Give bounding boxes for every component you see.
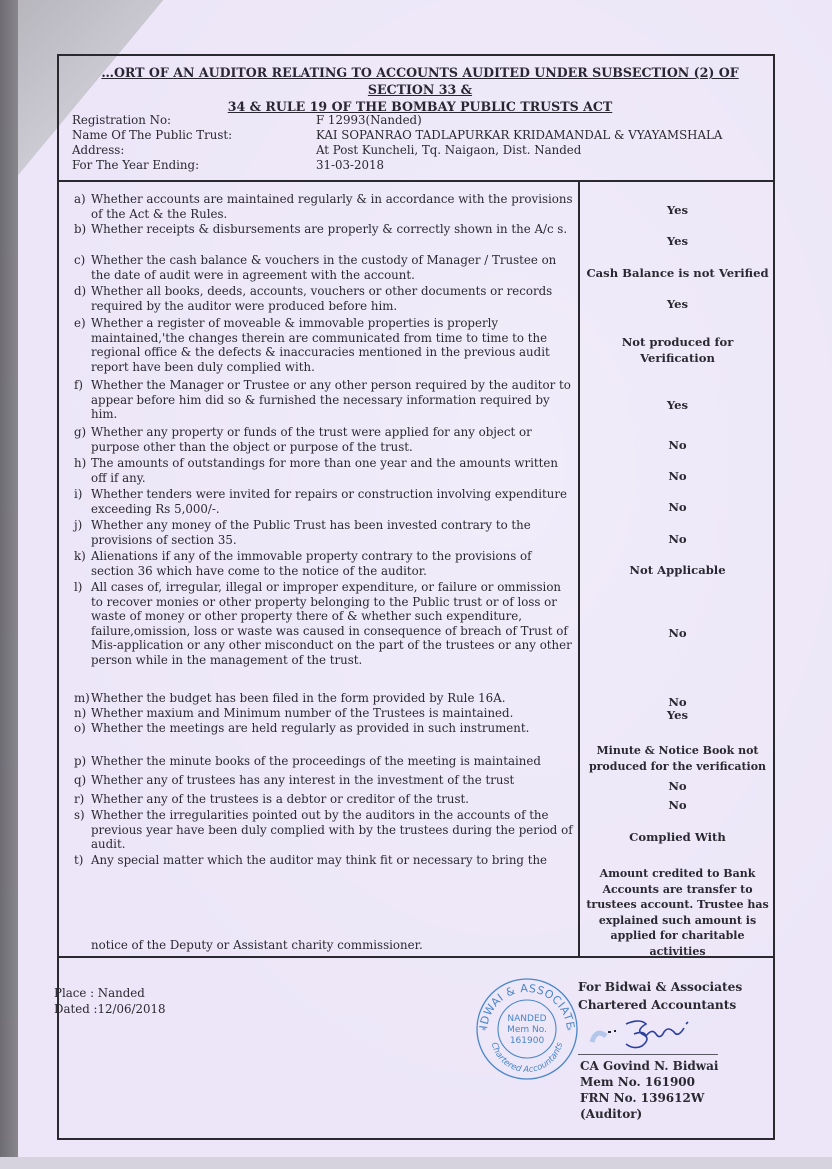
question-text: The amounts of outstandings for more tha… [91,456,574,485]
question-s: s)Whether the irregularities pointed out… [74,808,574,852]
signature-line [578,1054,718,1055]
question-text: Whether the irregularities pointed out b… [91,808,574,852]
question-d: d)Whether all books, deeds, accounts, vo… [74,284,574,313]
answer-e: Not produced for Verification [580,335,775,366]
question-label: f) [74,378,91,422]
question-i: i)Whether tenders were invited for repai… [74,487,574,516]
question-o: o)Whether the meetings are held regularl… [74,721,574,736]
question-r: r)Whether any of the trustees is a debto… [74,792,574,807]
question-label: n) [74,706,91,721]
question-text: Whether all books, deeds, accounts, vouc… [91,284,574,313]
question-label: k) [74,549,91,578]
question-c: c)Whether the cash balance & vouchers in… [74,253,574,282]
trust-details: Registration No: F 12993(Nanded) Name Of… [72,113,722,173]
svg-text:NANDED: NANDED [507,1014,546,1024]
answer-k: Not Applicable [580,563,775,579]
answer-j: No [580,532,775,548]
question-b: b)Whether receipts & disbursements are p… [74,222,574,237]
svg-text:161900: 161900 [510,1036,545,1046]
meta-label: Name Of The Public Trust: [72,128,316,143]
answer-s: Complied With [580,830,775,846]
meta-value: KAI SOPANRAO TADLAPURKAR KRIDAMANDAL & V… [316,128,722,143]
question-label: d) [74,284,91,313]
svg-text:Mem No.: Mem No. [507,1025,547,1035]
question-text: Whether tenders were invited for repairs… [91,487,574,516]
question-k: k)Alienations if any of the immovable pr… [74,549,574,578]
question-label: r) [74,792,91,807]
meta-label: Registration No: [72,113,316,128]
question-label: t) [74,853,91,868]
question-text: Whether the Manager or Trustee or any ot… [91,378,574,422]
place-text: Place : Nanded [54,986,165,1002]
question-label: l) [74,580,91,668]
question-label: b) [74,222,91,237]
question-text: Whether the meetings are held regularly … [91,721,574,736]
question-label: j) [74,518,91,547]
question-n: n)Whether maxium and Minimum number of t… [74,706,574,721]
question-text: Whether a register of moveable & immovab… [91,316,574,374]
answer-i: No [580,500,775,516]
question-text: Any special matter which the auditor may… [91,853,574,868]
question-text: Whether receipts & disbursements are pro… [91,222,574,237]
meta-label: Address: [72,143,316,158]
answer-g: No [580,438,775,454]
meta-row-registration: Registration No: F 12993(Nanded) [72,113,722,128]
question-label: m) [74,691,91,706]
firm-seal-stamp: BIDWAI & ASSOCIATES Chartered Accountant… [474,976,580,1082]
question-text: All cases of, irregular, illegal or impr… [91,580,574,668]
question-text: Whether any property or funds of the tru… [91,425,574,454]
answer-p: Minute & Notice Book not produced for th… [580,743,775,774]
question-t: t)Any special matter which the auditor m… [74,853,574,868]
svg-text:*: * [567,1026,571,1035]
place-and-date: Place : Nanded Dated :12/06/2018 [54,986,165,1017]
auditor-name: CA Govind N. Bidwai [580,1058,718,1074]
firm-name-block: For Bidwai & Associates Chartered Accoun… [578,978,742,1014]
question-f: f)Whether the Manager or Trustee or any … [74,378,574,422]
question-text: Whether the budget has been filed in the… [91,691,574,706]
question-label: e) [74,316,91,374]
meta-row-trust-name: Name Of The Public Trust: KAI SOPANRAO T… [72,128,722,143]
answer-h: No [580,469,775,485]
spacer [74,938,91,953]
membership-number: Mem No. 161900 [580,1074,718,1090]
answer-r: No [580,798,775,814]
question-text: Whether maxium and Minimum number of the… [91,706,574,721]
question-label: p) [74,754,91,769]
meta-value: 31-03-2018 [316,158,384,173]
question-j: j)Whether any money of the Public Trust … [74,518,574,547]
answer-b: Yes [580,234,775,250]
question-a: a)Whether accounts are maintained regula… [74,192,574,221]
question-label: h) [74,456,91,485]
meta-row-address: Address: At Post Kuncheli, Tq. Naigaon, … [72,143,722,158]
question-text: Whether any money of the Public Trust ha… [91,518,574,547]
question-e: e)Whether a register of moveable & immov… [74,316,574,374]
meta-value: At Post Kuncheli, Tq. Naigaon, Dist. Nan… [316,143,581,158]
meta-row-year-ending: For The Year Ending: 31-03-2018 [72,158,722,173]
question-l: l)All cases of, irregular, illegal or im… [74,580,574,668]
firm-name: For Bidwai & Associates [578,978,742,996]
divider-line [57,180,775,182]
answer-t: Amount credited to Bank Accounts are tra… [580,866,775,959]
question-label: i) [74,487,91,516]
question-m: m)Whether the budget has been filed in t… [74,691,574,706]
question-label: o) [74,721,91,736]
question-label: c) [74,253,91,282]
answer-n: Yes [580,709,775,722]
question-label: q) [74,773,91,788]
question-label: s) [74,808,91,852]
question-text: Whether any of trustees has any interest… [91,773,574,788]
question-text: Whether the minute books of the proceedi… [91,754,574,769]
answer-l: No [580,626,775,642]
report-title-line-1: …ORT OF AN AUDITOR RELATING TO ACCOUNTS … [70,64,770,98]
question-label: a) [74,192,91,221]
svg-text:*: * [482,1026,486,1035]
question-text: notice of the Deputy or Assistant charit… [91,938,574,953]
auditor-details: CA Govind N. Bidwai Mem No. 161900 FRN N… [580,1058,718,1122]
question-text: Alienations if any of the immovable prop… [91,549,574,578]
question-g: g)Whether any property or funds of the t… [74,425,574,454]
answer-f: Yes [580,398,775,414]
meta-value: F 12993(Nanded) [316,113,422,128]
question-text: Whether accounts are maintained regularl… [91,192,574,221]
answer-q: No [580,779,775,795]
question-p: p)Whether the minute books of the procee… [74,754,574,769]
answer-c: Cash Balance is not Verified [580,266,775,282]
auditor-signature [586,1012,716,1052]
report-title: …ORT OF AN AUDITOR RELATING TO ACCOUNTS … [70,64,770,115]
answer-a: Yes [580,203,775,219]
question-text: Whether the cash balance & vouchers in t… [91,253,574,282]
frn-number: FRN No. 139612W [580,1090,718,1106]
answer-d: Yes [580,297,775,313]
dated-text: Dated :12/06/2018 [54,1002,165,1018]
question-label: g) [74,425,91,454]
question-h: h)The amounts of outstandings for more t… [74,456,574,485]
meta-label: For The Year Ending: [72,158,316,173]
question-q: q)Whether any of trustees has any intere… [74,773,574,788]
scan-bottom-edge [0,1157,832,1169]
auditor-role: (Auditor) [580,1106,718,1122]
question-text: Whether any of the trustees is a debtor … [91,792,574,807]
question-t-continuation: notice of the Deputy or Assistant charit… [74,938,574,953]
